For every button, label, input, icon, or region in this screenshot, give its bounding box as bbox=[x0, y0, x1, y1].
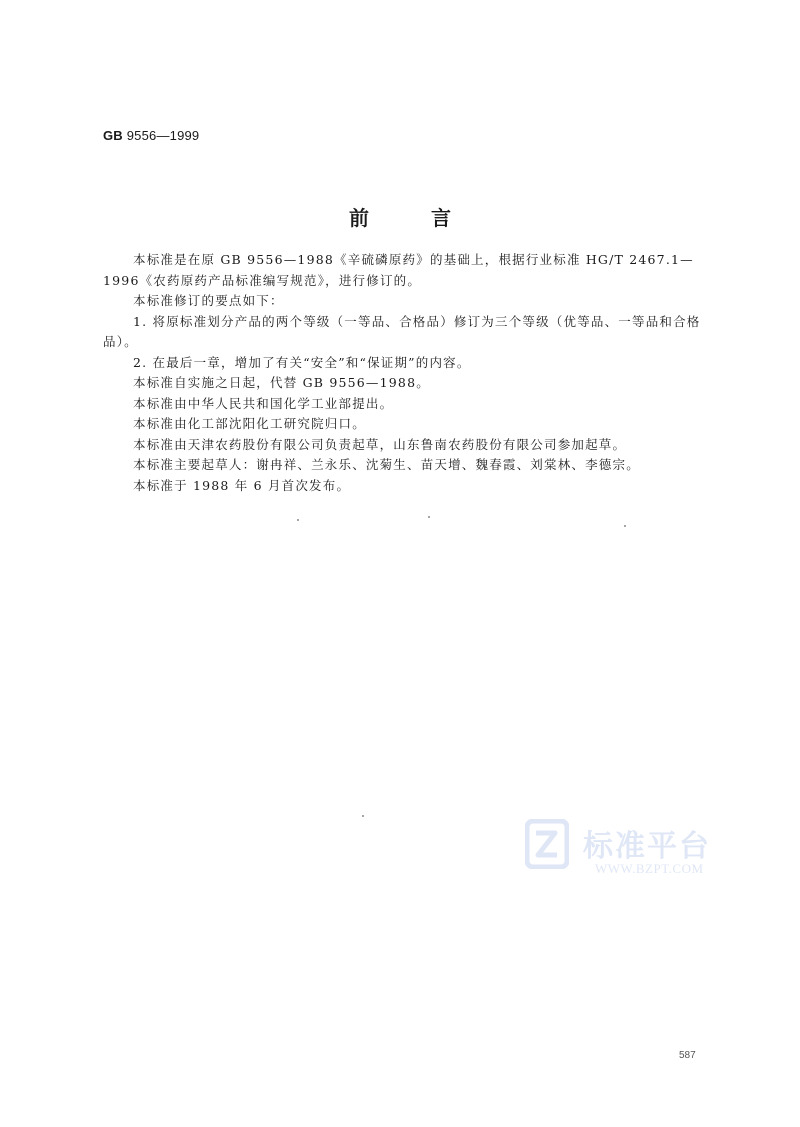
paragraph-revision-intro: 本标准修订的要点如下： bbox=[103, 291, 713, 312]
scan-speck bbox=[428, 516, 430, 518]
paragraph-drafters: 本标准主要起草人：谢冉祥、兰永乐、沈菊生、苗天增、魏春霞、刘棠林、李德宗。 bbox=[103, 455, 713, 476]
page-title: 前言 bbox=[0, 202, 800, 231]
scan-speck bbox=[297, 519, 299, 521]
paragraph-managed-by: 本标准由化工部沈阳化工研究院归口。 bbox=[103, 414, 713, 435]
page-number: 587 bbox=[679, 1050, 696, 1061]
standard-prefix: GB bbox=[103, 128, 123, 143]
paragraph-proposed-by: 本标准由中华人民共和国化学工业部提出。 bbox=[103, 394, 713, 415]
bzpt-logo-icon bbox=[525, 819, 569, 869]
paragraph-basis: 本标准是在原 GB 9556—1988《辛硫磷原药》的基础上，根据行业标准 HG… bbox=[103, 250, 713, 291]
paragraph-revision-point-1: 1. 将原标准划分产品的两个等级（一等品、合格品）修订为三个等级（优等品、一等品… bbox=[103, 312, 713, 353]
scan-speck bbox=[362, 815, 364, 817]
paragraph-replaces: 本标准自实施之日起，代替 GB 9556—1988。 bbox=[103, 373, 713, 394]
paragraph-revision-point-2: 2. 在最后一章，增加了有关“安全”和“保证期”的内容。 bbox=[103, 353, 713, 374]
watermark: 标准平台 WWW.BZPT.COM bbox=[525, 817, 735, 887]
document-body: 本标准是在原 GB 9556—1988《辛硫磷原药》的基础上，根据行业标准 HG… bbox=[103, 250, 713, 496]
watermark-url: WWW.BZPT.COM bbox=[595, 861, 704, 877]
standard-code: GB 9556—1999 bbox=[103, 128, 199, 143]
standard-number: 9556—1999 bbox=[127, 128, 200, 143]
paragraph-first-published: 本标准于 1988 年 6 月首次发布。 bbox=[103, 476, 713, 497]
scan-speck bbox=[624, 525, 626, 527]
watermark-name: 标准平台 bbox=[583, 821, 711, 865]
paragraph-drafted-by: 本标准由天津农药股份有限公司负责起草，山东鲁南农药股份有限公司参加起草。 bbox=[103, 435, 713, 456]
